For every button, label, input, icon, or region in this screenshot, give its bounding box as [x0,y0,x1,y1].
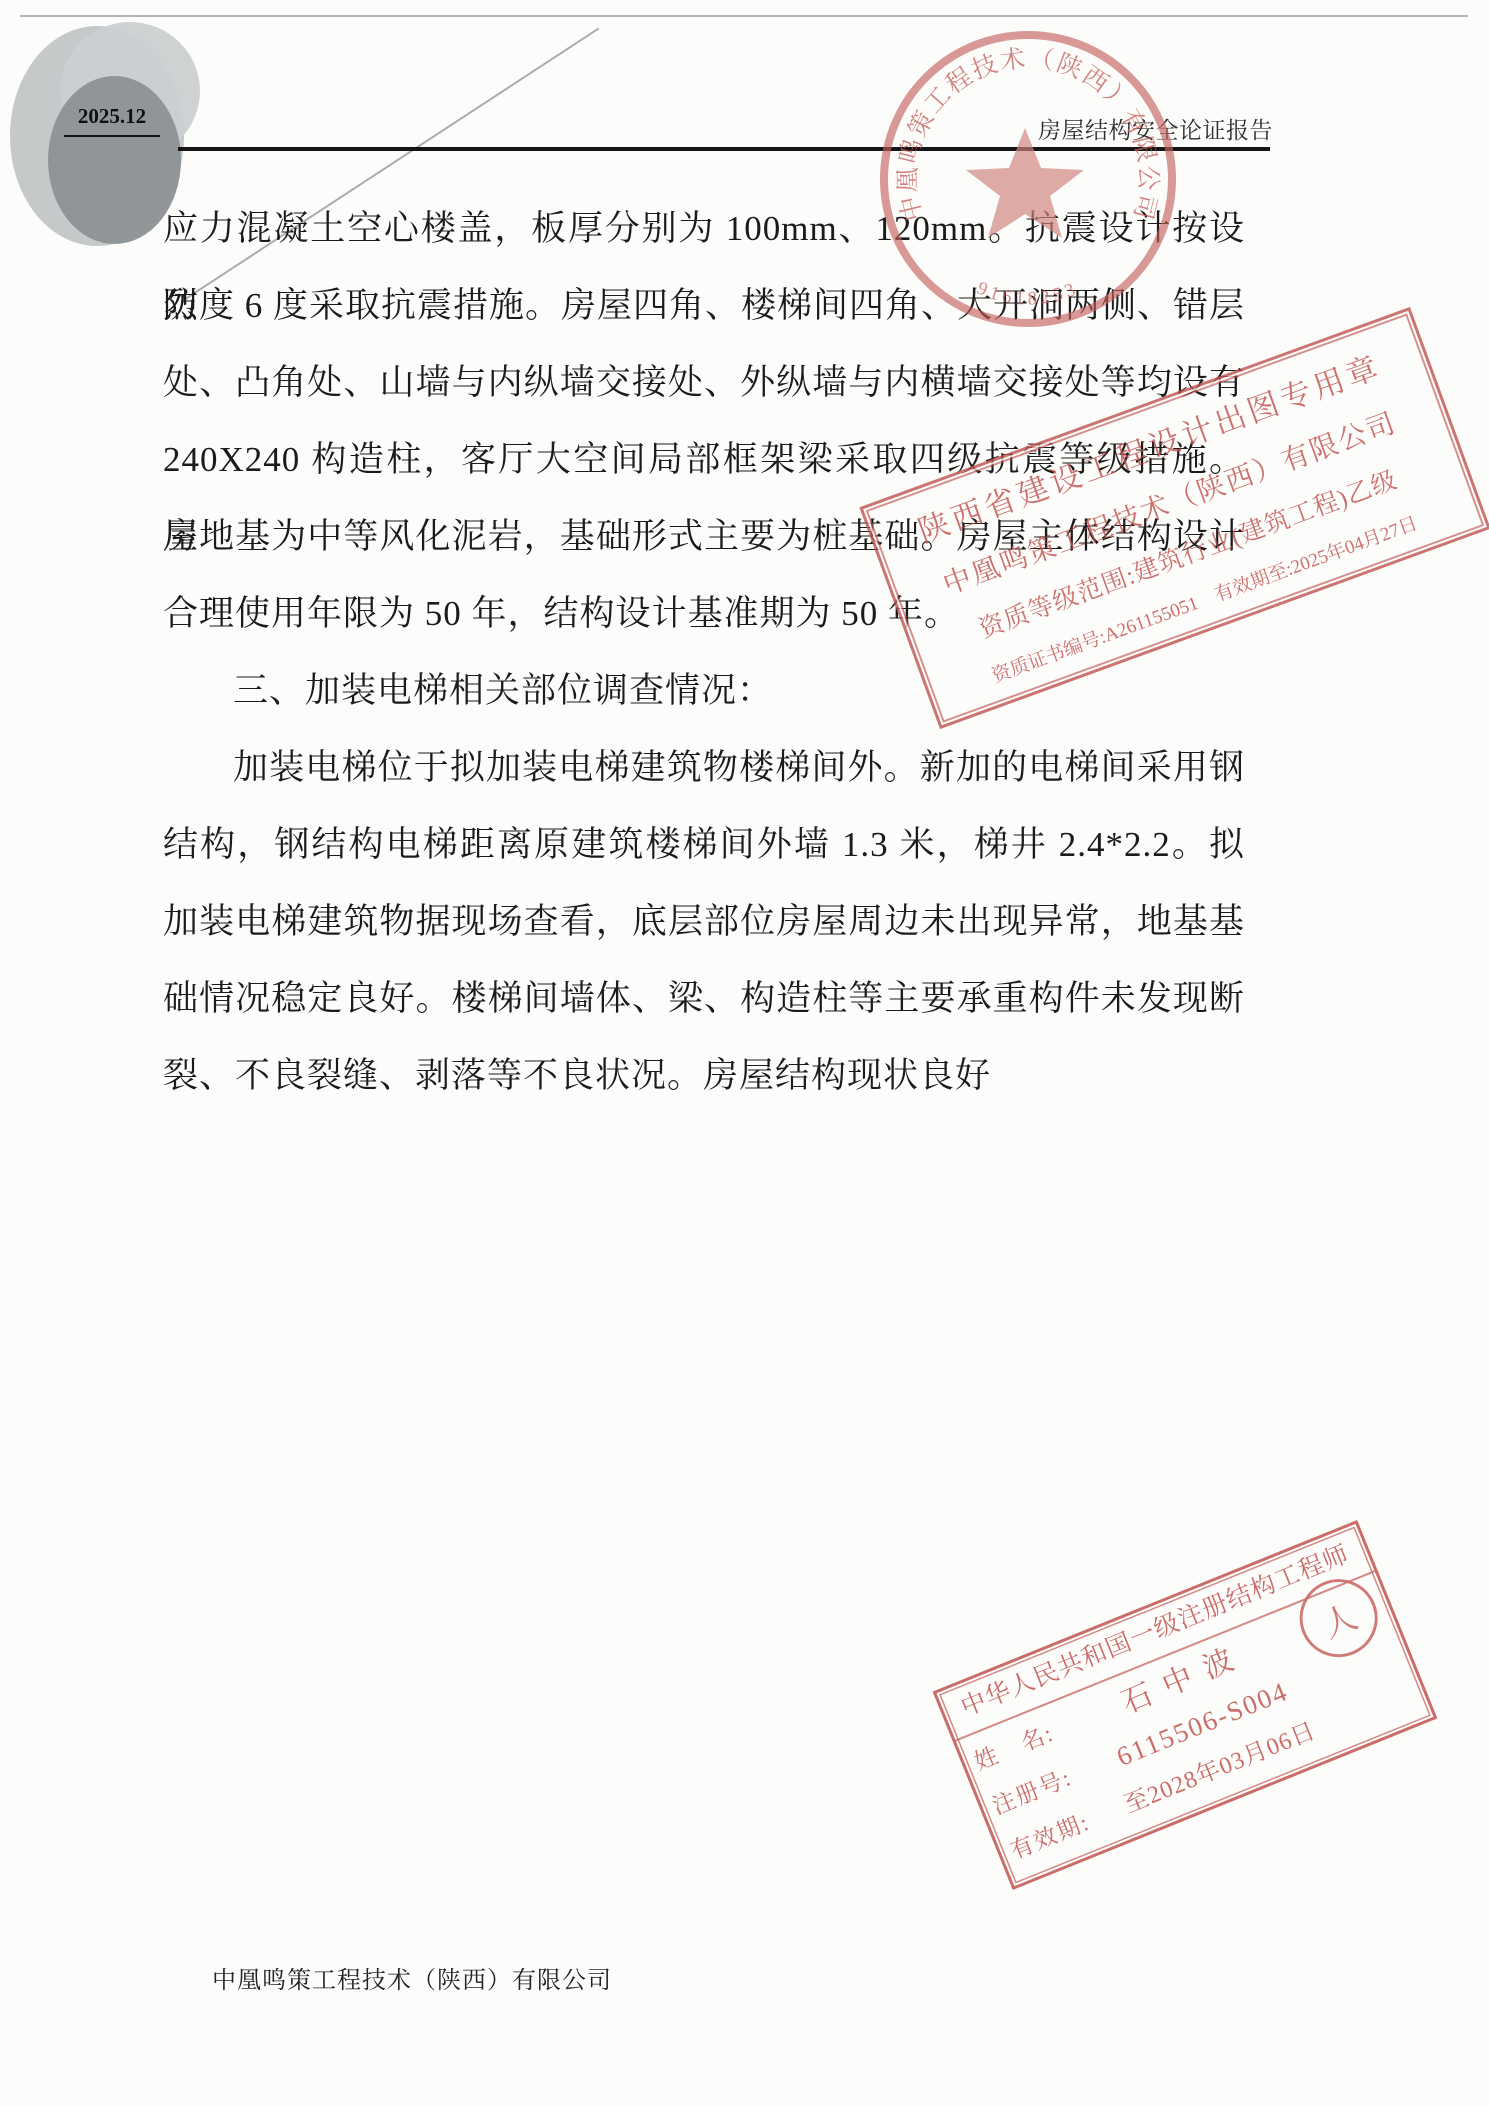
company-round-seal: 中凰鸣策工程技术（陕西）有限公司 91618253 [877,28,1179,330]
date-stamp-text: 2025.12 [64,104,160,137]
scan-artifact-top-line [20,15,1468,17]
body-line: 础情况稳定良好。楼梯间墙体、梁、构造柱等主要承重构件未发现断 [163,960,1245,1037]
body-line: 加装电梯位于拟加装电梯建筑物楼梯间外。新加的电梯间采用钢 [163,729,1245,806]
date-stamp-dark-circle [48,76,181,244]
seal-code-arc-text: 91618253 [974,278,1082,310]
scanned-report-page: 2025.12 房屋结构安全论证报告 应力混凝土空心楼盖，板厚分别为 100mm… [0,0,1489,2106]
body-line: 加装电梯建筑物据现场查看，底层部位房屋周边未出现异常，地基基 [163,883,1245,960]
body-line: 处、凸角处、山墙与内纵墙交接处、外纵墙与内横墙交接处等均设有 [163,344,1245,421]
seal-star-icon [966,128,1084,238]
footer-company-name: 中凰鸣策工程技术（陕西）有限公司 [212,1960,612,1995]
round-seal-graphic: 中凰鸣策工程技术（陕西）有限公司 91618253 [877,28,1179,330]
svg-text:91618253: 91618253 [974,278,1082,310]
body-line: 裂、不良裂缝、剥落等不良状况。房屋结构现状良好 [163,1037,1245,1114]
engineer-stamp: 中华人民共和国一级注册结构工程师 姓 名: 石中波 注册号: 6115506-S… [933,1520,1438,1890]
body-line: 结构，钢结构电梯距离原建筑楼梯间外墙 1.3 米，梯井 2.4*2.2。拟 [163,806,1245,883]
